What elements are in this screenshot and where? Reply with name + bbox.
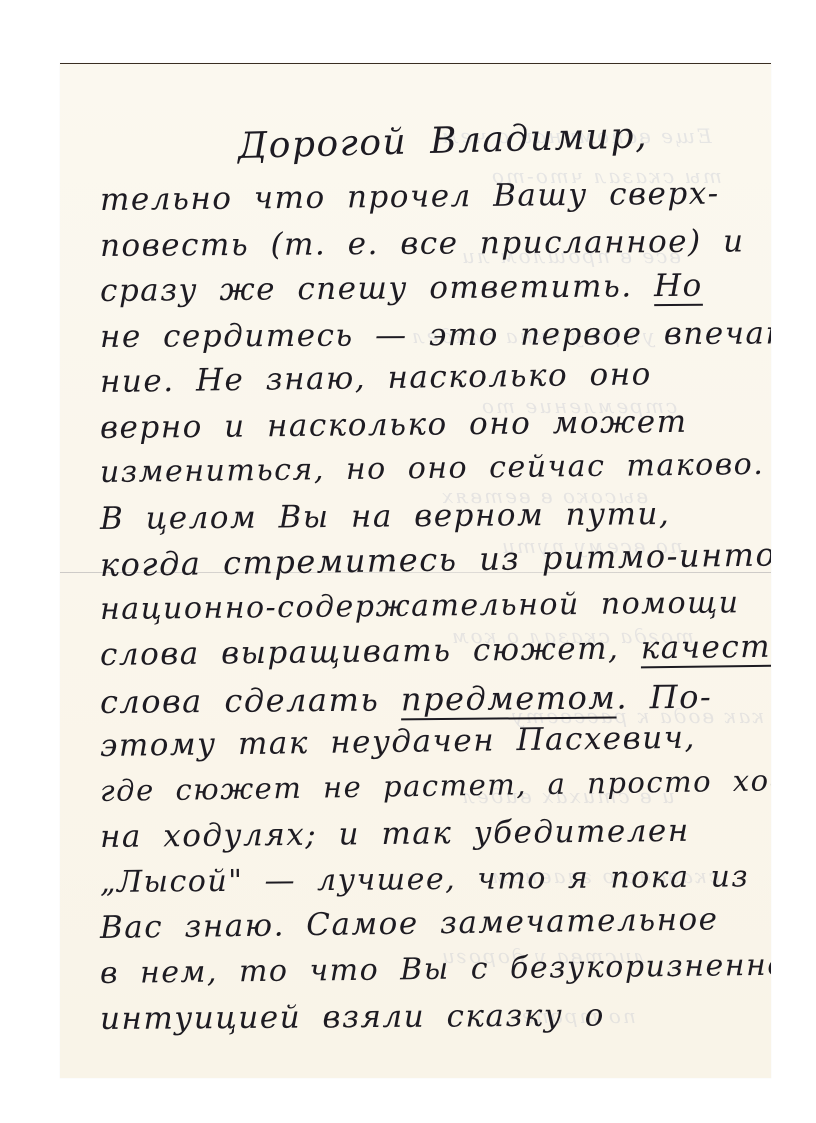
letter-line: в нем, то что Вы с безукоризненной bbox=[100, 947, 771, 991]
line-text: В целом Вы на верном пути, bbox=[100, 496, 671, 537]
letter-salutation: Дорогой Владимир, bbox=[237, 115, 648, 167]
line-text: верно и насколько оно может bbox=[100, 403, 688, 445]
line-text: этому так неудачен Пасхевич, bbox=[100, 720, 696, 764]
underlined-word: качество bbox=[640, 628, 771, 666]
line-text: сразу же спешу ответить. bbox=[100, 268, 654, 309]
letter-line: тельно что прочел Вашу сверх- bbox=[100, 176, 720, 218]
line-text: „Лысой" — лучшее, что я пока из bbox=[100, 859, 750, 900]
line-text: где сюжет не растет, а просто ходит bbox=[100, 762, 771, 808]
line-text: когда стремитесь из ритмо-инто- bbox=[100, 535, 771, 584]
letter-line: национно-содержательной помощи bbox=[100, 585, 740, 627]
line-text: измениться, но оно сейчас таково. bbox=[100, 447, 765, 490]
line-text: на ходулях; и так убедителен bbox=[100, 813, 690, 855]
line-text: слова сделать bbox=[100, 680, 401, 721]
underlined-word: предметом bbox=[401, 678, 617, 718]
letter-line: интуицией взяли сказку о bbox=[100, 997, 605, 1037]
line-text: Вас знаю. Самое замечательное bbox=[100, 901, 719, 946]
letter-line: слова сделать предметом. По- bbox=[100, 677, 713, 720]
letter-line: ние. Не знаю, насколько оно bbox=[100, 356, 652, 400]
line-text: . По- bbox=[616, 677, 712, 716]
letter-line: Вас знаю. Самое замечательное bbox=[100, 901, 719, 946]
line-text: слова выращивать сюжет, bbox=[100, 630, 641, 673]
line-text: тельно что прочел Вашу сверх- bbox=[100, 176, 720, 218]
letter-line: повесть (т. е. все присланное) и bbox=[100, 223, 745, 263]
scanned-page: Еще вспоминай о чем ты сказал что-то все… bbox=[0, 0, 816, 1123]
underlined-word: Но bbox=[654, 268, 703, 304]
line-text: интуицией взяли сказку о bbox=[100, 997, 605, 1037]
letter-line: не сердитесь — это первое впечатле- bbox=[100, 315, 771, 355]
line-text: повесть (т. е. все присланное) и bbox=[100, 223, 745, 263]
letter-line: измениться, но оно сейчас таково. bbox=[100, 447, 765, 490]
letter-line: верно и насколько оно может bbox=[100, 403, 688, 445]
letter-sheet: Еще вспоминай о чем ты сказал что-то все… bbox=[60, 63, 771, 1078]
line-text: национно-содержательной помощи bbox=[100, 585, 740, 627]
letter-line: слова выращивать сюжет, качество bbox=[100, 628, 771, 673]
letter-line: этому так неудачен Пасхевич, bbox=[100, 720, 696, 764]
letter-line: на ходулях; и так убедителен bbox=[100, 813, 690, 855]
line-text: ние. Не знаю, насколько оно bbox=[100, 356, 652, 400]
letter-line: сразу же спешу ответить. Но bbox=[100, 268, 703, 309]
letter-line: В целом Вы на верном пути, bbox=[100, 496, 671, 537]
letter-line: когда стремитесь из ритмо-инто- bbox=[100, 535, 771, 584]
letter-line: где сюжет не растет, а просто ходит bbox=[100, 762, 771, 808]
line-text: в нем, то что Вы с безукоризненной bbox=[100, 947, 771, 991]
line-text: не сердитесь — это первое впечатле- bbox=[100, 315, 771, 355]
letter-line: „Лысой" — лучшее, что я пока из bbox=[100, 859, 750, 900]
